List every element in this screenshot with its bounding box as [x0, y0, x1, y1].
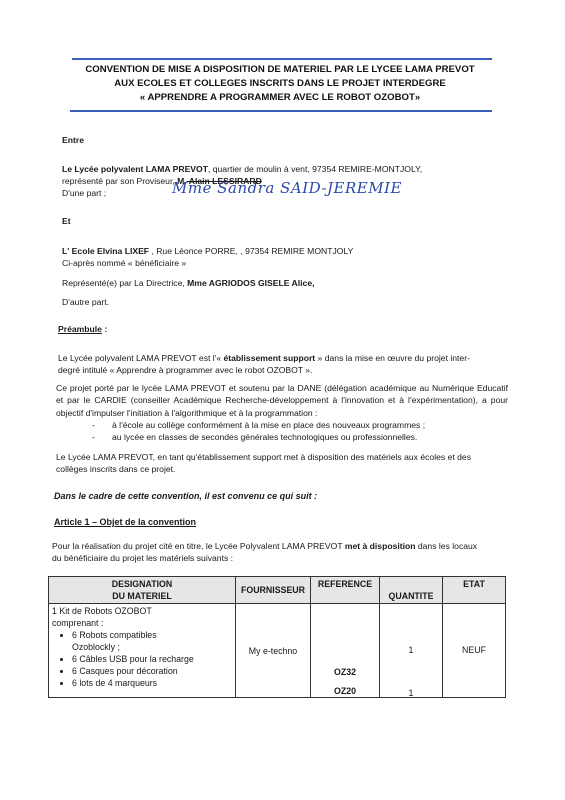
table-row: 1 Kit de Robots OZOBOT comprenant : 6 Ro… [49, 604, 506, 698]
et-label: Et [62, 215, 71, 227]
title-line-3: « APPRENDRE A PROGRAMMER AVEC LE ROBOT O… [70, 91, 490, 105]
etat-value: NEUF [443, 644, 505, 656]
party1-address: , quartier de moulin à vent, 97354 REMIR… [208, 164, 422, 174]
header-quantite: QUANTITE [380, 577, 443, 604]
bullet-item: -à l'école au collège conformément à la … [92, 419, 425, 431]
preambule-p1-bold: établissement support [223, 353, 315, 363]
title-line-1: CONVENTION DE MISE A DISPOSITION DE MATE… [70, 63, 490, 77]
party2-line1: L' Ecole Elvina LIXEF , Rue Léonce PORRE… [62, 245, 353, 257]
article1-intro-line1: Pour la réalisation du projet cité en ti… [52, 540, 477, 552]
designation-title: 1 Kit de Robots OZOBOT comprenant : [52, 605, 172, 629]
quantite-1: 1 [380, 644, 442, 656]
party2-named: Ci-après nommé « bénéficiaire » [62, 257, 186, 269]
article1-intro-b: dans les locaux [415, 541, 477, 551]
header-reference: REFERENCE [311, 577, 380, 604]
party1-closing: D'une part ; [62, 187, 106, 199]
handwritten-correction: Mme Sandra SAID-JEREMIE [172, 179, 402, 197]
preambule-p3-line2: collèges inscrits dans ce projet. [56, 463, 175, 475]
cell-etat: NEUF [443, 604, 506, 698]
document-title: CONVENTION DE MISE A DISPOSITION DE MATE… [70, 63, 490, 105]
reference-2: OZ20 [311, 685, 379, 697]
kit-contents-list: 6 Robots compatibles Ozoblockly ; 6 Câbl… [52, 629, 232, 689]
article1-intro-bold: met à disposition [345, 541, 416, 551]
materials-table: DESIGNATION DU MATERIEL FOURNISSEUR REFE… [48, 576, 506, 698]
kit-item: 6 Casques pour décoration [72, 665, 232, 677]
kit-item: 6 lots de 4 marqueurs [72, 677, 232, 689]
preambule-heading: Préambule : [58, 323, 107, 335]
kit-item: 6 Robots compatibles Ozoblockly ; [72, 629, 162, 653]
quantite-2: 1 [380, 687, 442, 699]
header-etat: ETAT [443, 577, 506, 604]
header-bottom-rule [70, 110, 492, 112]
cell-designation: 1 Kit de Robots OZOBOT comprenant : 6 Ro… [49, 604, 236, 698]
party1-line1: Le Lycée polyvalent LAMA PREVOT, quartie… [62, 163, 422, 175]
entre-label: Entre [62, 134, 84, 146]
header-designation: DESIGNATION DU MATERIEL [49, 577, 236, 604]
header-top-rule [72, 58, 492, 60]
party2-address: , Rue Léonce PORRE, , 97354 REMIRE MONTJ… [149, 246, 353, 256]
cell-quantite: 1 1 [380, 604, 443, 698]
header-designation-line2: DU MATERIEL [52, 590, 232, 602]
bullet-text-1: à l'école au collège conformément à la m… [112, 420, 425, 430]
party2-representative: Représenté(e) par La Directrice, Mme AGR… [62, 277, 314, 289]
cell-reference: OZ32 OZ20 [311, 604, 380, 698]
agreement-statement: Dans le cadre de cette convention, il es… [54, 490, 317, 502]
preambule-heading-text: Préambule [58, 324, 102, 334]
preambule-bullets: -à l'école au collège conformément à la … [92, 419, 425, 443]
bullet-item: -au lycée en classes de secondes général… [92, 431, 425, 443]
preambule-p3-line1: Le Lycée LAMA PREVOT, en tant qu'établis… [56, 451, 471, 463]
party2-rep-name: Mme AGRIODOS GISELE Alice, [187, 278, 314, 288]
party1-rep-prefix: représenté par son Proviseur, [62, 176, 177, 186]
party2-name: L' Ecole Elvina LIXEF [62, 246, 149, 256]
header-designation-line1: DESIGNATION [52, 578, 232, 590]
party2-closing: D'autre part. [62, 296, 109, 308]
bullet-text-2: au lycée en classes de secondes générale… [112, 432, 417, 442]
preambule-p1-line1: Le Lycée polyvalent LAMA PREVOT est l'« … [58, 352, 470, 364]
cell-fournisseur: My e-techno [236, 604, 311, 698]
reference-1: OZ32 [311, 666, 379, 678]
kit-item: 6 Câbles USB pour la recharge [72, 653, 232, 665]
preambule-p1-line2: degré intitulé « Apprendre à programmer … [58, 364, 312, 376]
article1-heading: Article 1 – Objet de la convention [54, 516, 196, 528]
title-line-2: AUX ECOLES ET COLLEGES INSCRITS DANS LE … [70, 77, 490, 91]
preambule-p1-a: Le Lycée polyvalent LAMA PREVOT est l'« [58, 353, 223, 363]
table-header-row: DESIGNATION DU MATERIEL FOURNISSEUR REFE… [49, 577, 506, 604]
party2-rep-prefix: Représenté(e) par La Directrice, [62, 278, 187, 288]
preambule-heading-suffix: : [102, 324, 107, 334]
header-fournisseur: FOURNISSEUR [236, 577, 311, 604]
party1-name: Le Lycée polyvalent LAMA PREVOT [62, 164, 208, 174]
preambule-p1-b: » dans la mise en œuvre du projet inter- [315, 353, 470, 363]
document-page: CONVENTION DE MISE A DISPOSITION DE MATE… [0, 0, 565, 800]
article1-intro-line2: du bénéficiaire du projet les matériels … [52, 552, 233, 564]
preambule-p2: Ce projet porté par le lycée LAMA PREVOT… [56, 382, 508, 419]
article1-intro-a: Pour la réalisation du projet cité en ti… [52, 541, 345, 551]
